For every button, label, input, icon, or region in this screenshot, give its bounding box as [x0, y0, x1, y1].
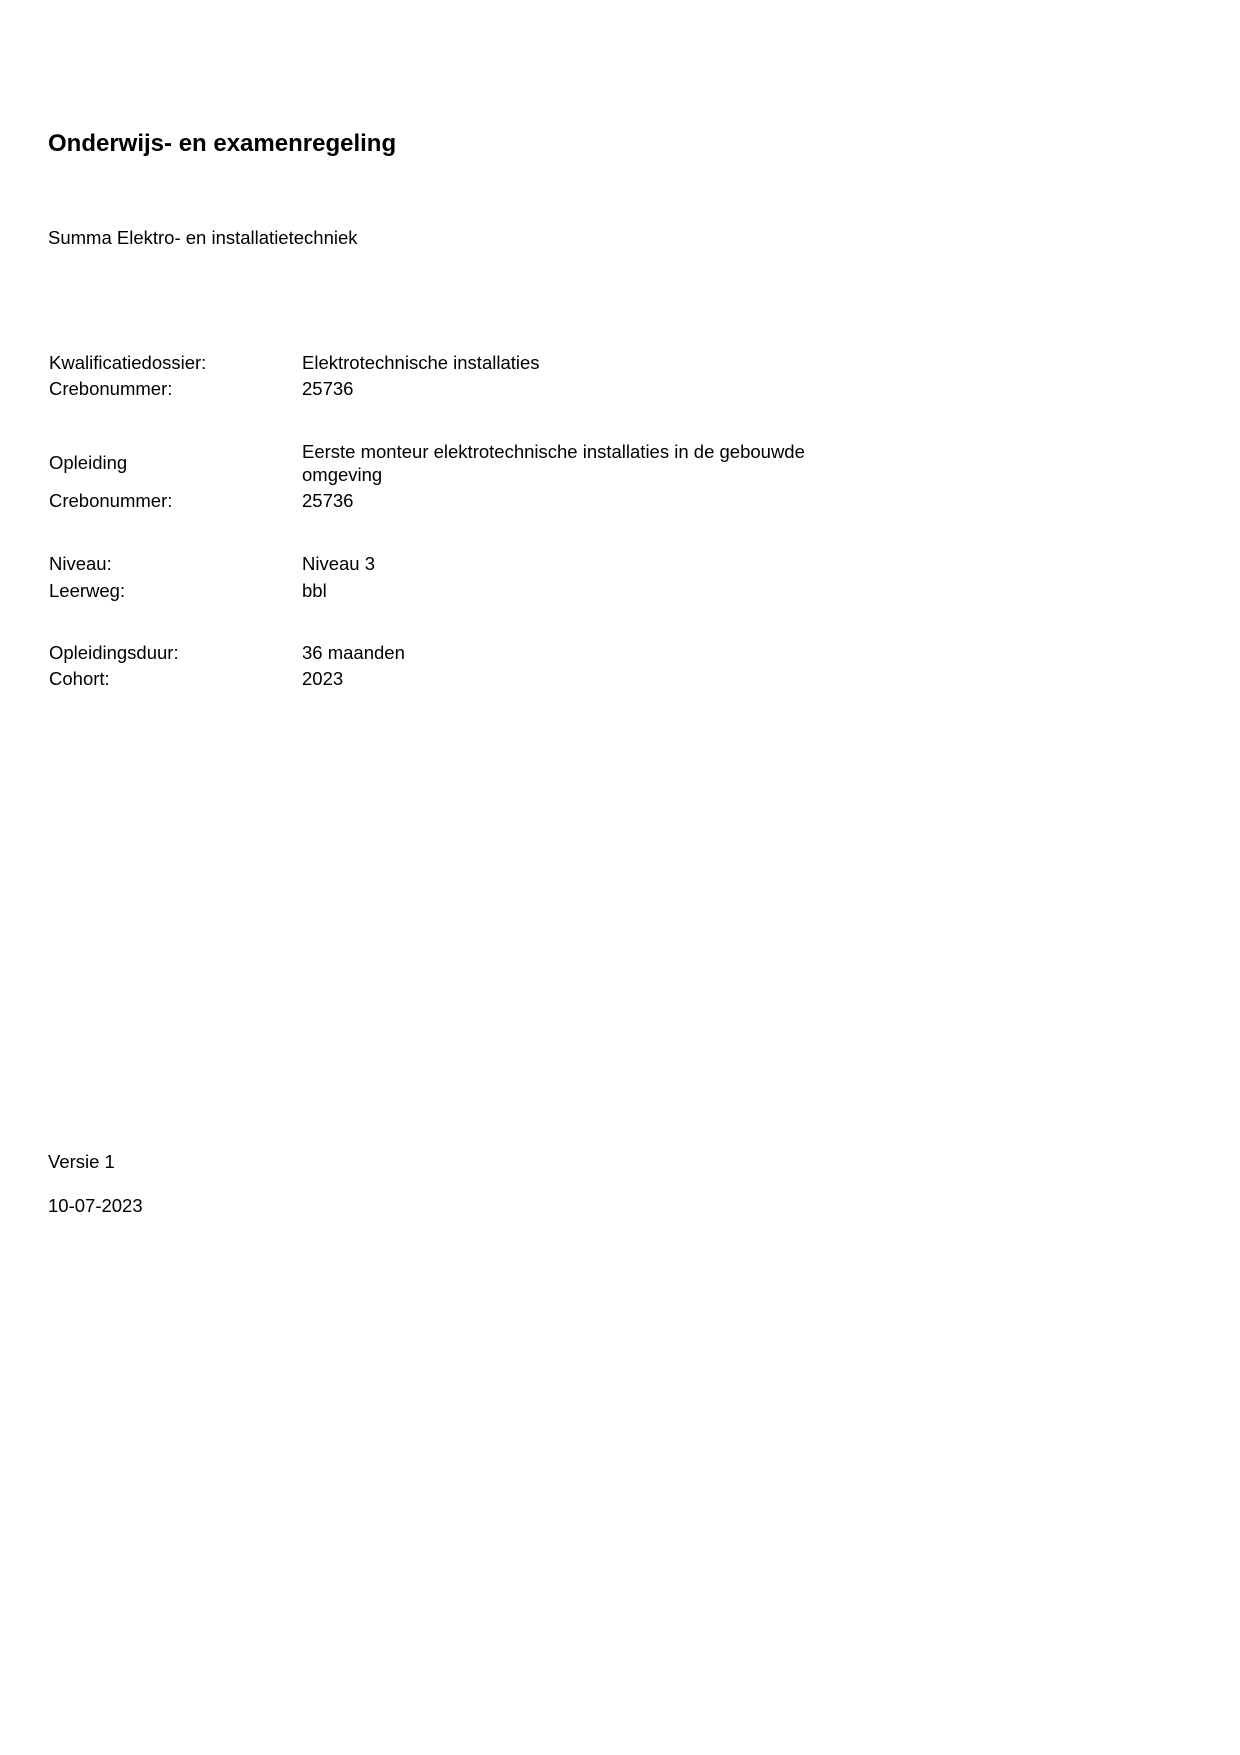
crebonummer-opleiding-label: Crebonummer:: [49, 489, 172, 512]
crebonummer-dossier-label: Crebonummer:: [49, 377, 172, 400]
document-version: Versie 1: [48, 1151, 115, 1173]
kwalificatiedossier-label: Kwalificatiedossier:: [49, 351, 206, 374]
opleidingsduur-label: Opleidingsduur:: [49, 641, 179, 664]
cohort-label: Cohort:: [49, 667, 110, 690]
niveau-label: Niveau:: [49, 552, 112, 575]
document-page: { "document": { "title": "Onderwijs- en …: [0, 0, 1240, 1755]
opleidingsduur-value: 36 maanden: [302, 641, 405, 664]
crebonummer-opleiding-value: 25736: [302, 489, 353, 512]
document-date: 10-07-2023: [48, 1195, 143, 1217]
niveau-value: Niveau 3: [302, 552, 375, 575]
document-title: Onderwijs- en examenregeling: [48, 130, 396, 158]
leerweg-value: bbl: [302, 579, 327, 602]
opleiding-value: Eerste monteur elektrotechnische install…: [302, 440, 872, 486]
cohort-value: 2023: [302, 667, 343, 690]
institution-name: Summa Elektro- en installatietechniek: [48, 227, 358, 249]
leerweg-label: Leerweg:: [49, 579, 125, 602]
opleiding-label: Opleiding: [49, 451, 127, 474]
crebonummer-dossier-value: 25736: [302, 377, 353, 400]
kwalificatiedossier-value: Elektrotechnische installaties: [302, 351, 540, 374]
